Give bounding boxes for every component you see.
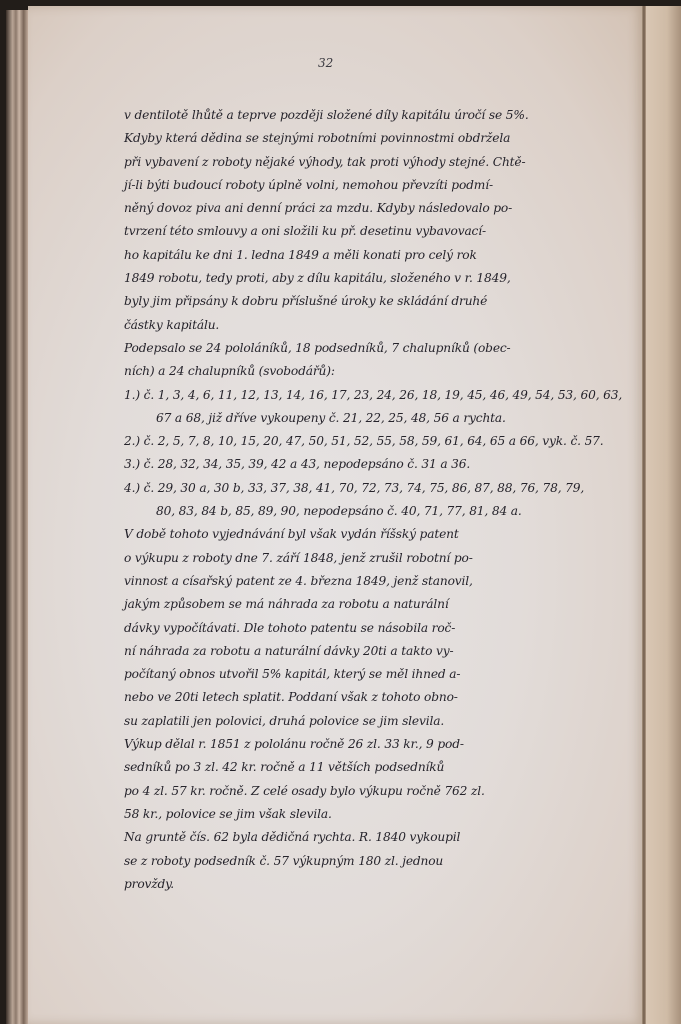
text-line: počítaný obnos utvořil 5% kapitál, který… bbox=[124, 663, 634, 686]
text-line: něný dovoz piva ani denní práci za mzdu.… bbox=[124, 197, 634, 220]
text-line: dávky vypočítávati. Dle tohoto patentu s… bbox=[124, 617, 634, 640]
text-line: v dentilotě lhůtě a teprve později slože… bbox=[124, 104, 634, 127]
text-line: jí-li býti budoucí roboty úplně volni, n… bbox=[124, 174, 634, 197]
text-line: provždy. bbox=[124, 873, 634, 896]
text-line: 3.) č. 28, 32, 34, 35, 39, 42 a 43, nepo… bbox=[124, 453, 634, 476]
handwritten-text-block: v dentilotě lhůtě a teprve později slože… bbox=[124, 104, 634, 896]
text-line: po 4 zl. 57 kr. ročně. Z celé osady bylo… bbox=[124, 780, 634, 803]
text-line: 58 kr., polovice se jim však slevila. bbox=[124, 803, 634, 826]
text-line: 1849 robotu, tedy proti, aby z dílu kapi… bbox=[124, 267, 634, 290]
text-line: byly jim připsány k dobru příslušné úrok… bbox=[124, 290, 634, 313]
book-photo: 32 v dentilotě lhůtě a teprve později sl… bbox=[0, 0, 681, 1024]
adjacent-page-edge bbox=[646, 6, 681, 1024]
text-line: 2.) č. 2, 5, 7, 8, 10, 15, 20, 47, 50, 5… bbox=[124, 430, 634, 453]
text-line: 1.) č. 1, 3, 4, 6, 11, 12, 13, 14, 16, 1… bbox=[124, 384, 634, 407]
text-line: Na gruntě čís. 62 byla dědičná rychta. R… bbox=[124, 826, 634, 849]
text-line: 80, 83, 84 b, 85, 89, 90, nepodepsáno č.… bbox=[124, 500, 634, 523]
text-line: ní náhrada za robotu a naturální dávky 2… bbox=[124, 640, 634, 663]
page-number: 32 bbox=[318, 56, 333, 70]
text-line: 67 a 68, již dříve vykoupeny č. 21, 22, … bbox=[124, 407, 634, 430]
stacked-page-edges bbox=[6, 10, 28, 1024]
text-line: vinnost a císařský patent ze 4. března 1… bbox=[124, 570, 634, 593]
text-line: 4.) č. 29, 30 a, 30 b, 33, 37, 38, 41, 7… bbox=[124, 477, 634, 500]
text-line: sedníků po 3 zl. 42 kr. ročně a 11 větší… bbox=[124, 756, 634, 779]
text-line: se z roboty podsedník č. 57 výkupným 180… bbox=[124, 850, 634, 873]
text-line: Výkup dělal r. 1851 z pololánu ročně 26 … bbox=[124, 733, 634, 756]
text-line: jakým způsobem se má náhrada za robotu a… bbox=[124, 593, 634, 616]
text-line: V době tohoto vyjednávání byl však vydán… bbox=[124, 523, 634, 546]
text-line: nebo ve 20ti letech splatit. Poddaní vša… bbox=[124, 686, 634, 709]
text-line: částky kapitálu. bbox=[124, 314, 634, 337]
text-line: su zaplatili jen polovici, druhá polovic… bbox=[124, 710, 634, 733]
text-line: ních) a 24 chalupníků (svobodářů): bbox=[124, 360, 634, 383]
text-line: tvrzení této smlouvy a oni složili ku př… bbox=[124, 220, 634, 243]
text-line: Kdyby která dědina se stejnými robotními… bbox=[124, 127, 634, 150]
text-line: ho kapitálu ke dni 1. ledna 1849 a měli … bbox=[124, 244, 634, 267]
text-line: Podepsalo se 24 pololáníků, 18 podsedník… bbox=[124, 337, 634, 360]
text-line: o výkupu z roboty dne 7. září 1848, jenž… bbox=[124, 547, 634, 570]
text-line: při vybavení z roboty nějaké výhody, tak… bbox=[124, 151, 634, 174]
